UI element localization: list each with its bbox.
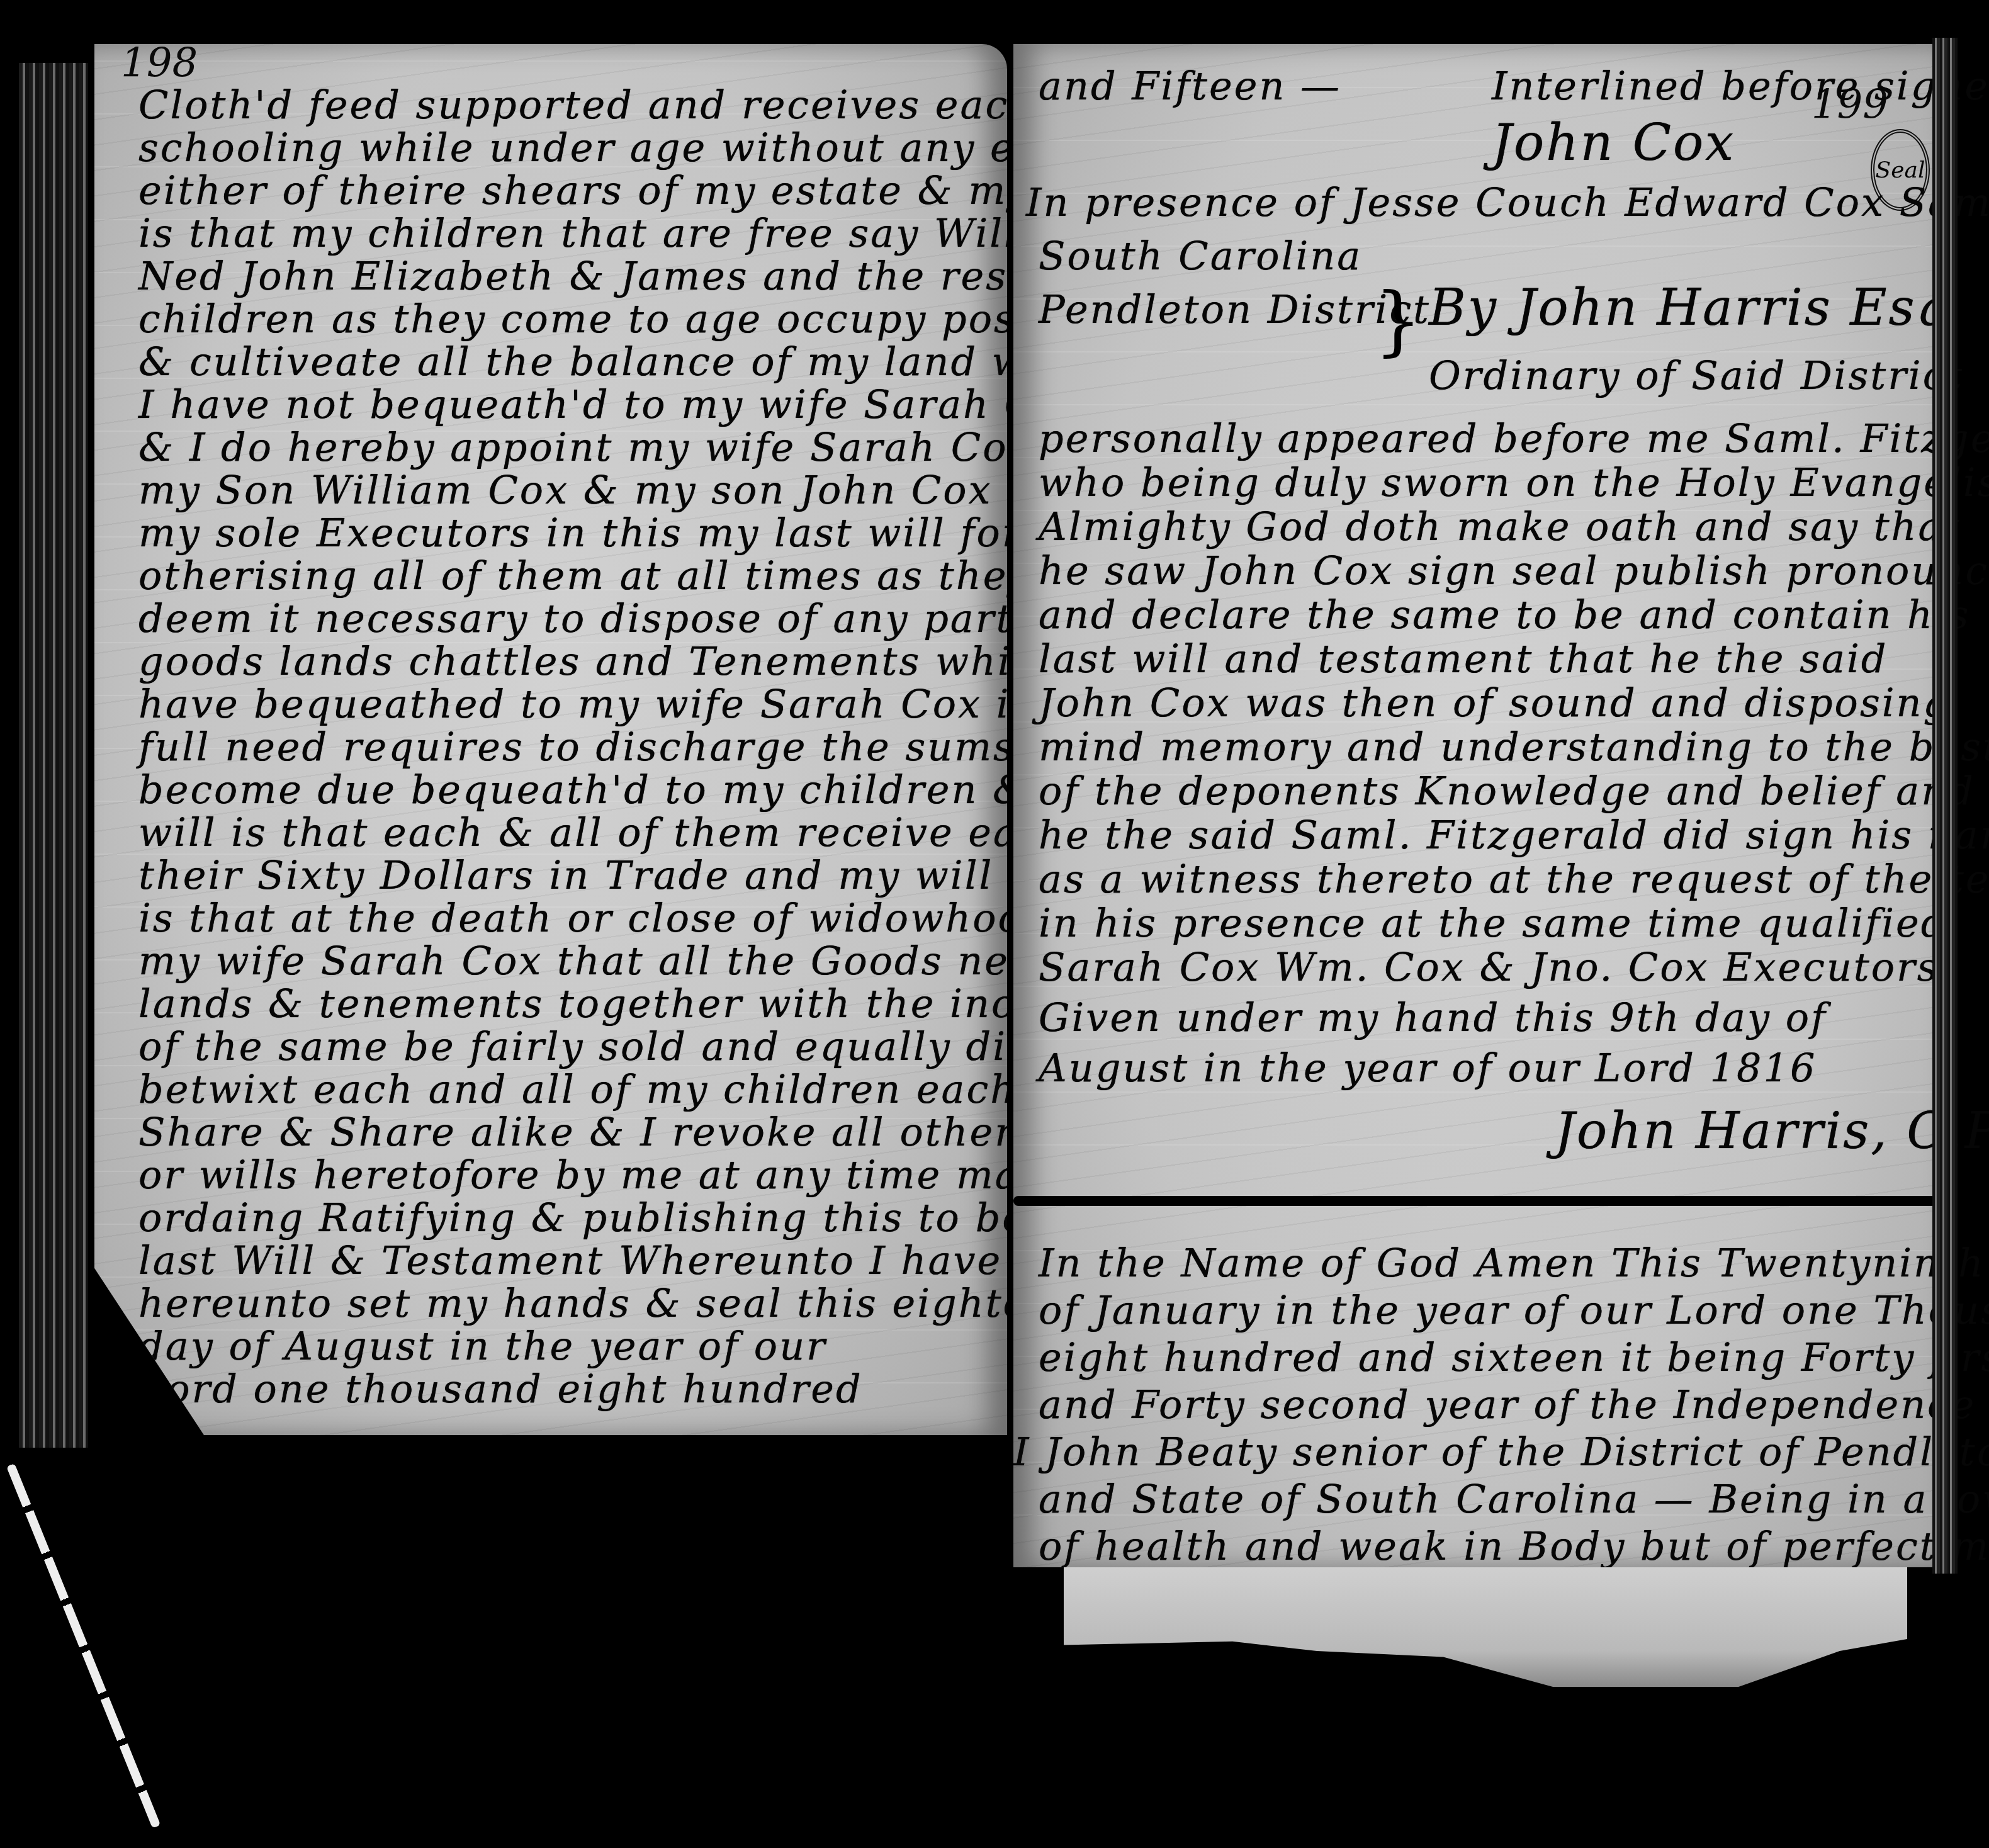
probate-title: Ordinary of Said District [1429,352,1964,398]
text-line: ordaing Ratifying & publishing this to b… [138,1195,1105,1241]
right-page: 199 and Fifteen — Interlined before sign… [1013,44,1932,1567]
text-line: lands & tenements together with the incr… [138,981,1132,1027]
text-line: and State of South Carolina — Being in a… [1039,1476,1989,1522]
brace-icon: } [1374,283,1422,359]
section-divider [1013,1196,1939,1206]
text-line: August in the year of our Lord 1816 [1039,1045,1817,1091]
text-line: mind memory and understanding to the bes… [1039,724,1989,770]
probate-district: Pendleton District [1039,286,1431,332]
text-line: who being duly sworn on the Holy Evangel… [1039,459,1989,505]
text-line: my wife Sarah Cox that all the Goods neg… [138,938,1129,984]
text-line: goods lands chattles and Tenements which… [138,638,1095,684]
text-line: I have not bequeath'd to my wife Sarah C… [138,381,1100,427]
probate-state: South Carolina [1039,233,1362,279]
text-line: is that my children that are free say Wi… [138,210,1097,256]
text-line: or wills heretofore by me at any time ma… [138,1152,1061,1198]
text-line: of January in the year of our Lord one T… [1039,1287,1989,1333]
text-line: of health and weak in Body but of perfec… [1039,1523,1989,1569]
text-line: & I do hereby appoint my wife Sarah Cox … [138,424,1083,470]
text-line: deem it necessary to dispose of any part… [138,595,1154,641]
text-line: their Sixty Dollars in Trade and my will [138,852,993,898]
text-line: of the deponents Knowledge and belief an… [1039,768,1989,814]
text-line: have bequeathed to my wife Sarah Cox if … [138,681,1116,727]
text-line: John Cox was then of sound and disposing [1039,680,1950,726]
text-line: Sarah Cox Wm. Cox & Jno. Cox Executors. [1039,944,1953,990]
text-line: I John Beaty senior of the District of P… [1013,1429,1989,1475]
text-line: day of August in the year of our [138,1323,827,1369]
text-line: & cultiveate all the balance of my land … [138,339,1119,385]
page-stack-edge-right [1932,38,1958,1574]
text-line: my Son William Cox & my son John Cox [138,467,993,513]
text-line: as a witness thereto at the request of t… [1039,856,1989,902]
text-line: Ned John Elizabeth & James and the rest … [138,253,1158,299]
left-page: 198 Cloth'd feed supported and receives … [94,44,1007,1435]
text-line: and Forty second year of the Independenc… [1039,1382,1989,1428]
text-line: betwixt each and all of my children each [138,1066,1017,1112]
text-line: my sole Executors in this my last will f… [138,510,1101,556]
text-line: last will and testament that he the said [1039,636,1888,682]
text-line: is that at the death or close of widowho… [138,895,1107,941]
text-line: personally appeared before me Saml. Fitz… [1039,415,1989,461]
text-line: of the same be fairly sold and equally d… [138,1023,1124,1069]
text-line: he saw John Cox sign seal publish pronou… [1039,548,1989,594]
text-line: Given under my hand this 9th day of [1039,994,1827,1040]
text-line: in his presence at the same time qualifi… [1039,900,1947,946]
text-line: become due bequeath'd to my children & m… [138,767,1107,813]
text-line: In the Name of God Amen This Twentyninth [1039,1240,1985,1286]
text-line: otherising all of them at all times as t… [138,553,1134,599]
paper-tab-strip [1064,1567,1907,1687]
testator-signature: John Cox [1492,113,1735,172]
text-line: children as they come to age occupy poss… [138,296,1085,342]
page-stack-edge-left [19,63,88,1448]
book-spread: 198 Cloth'd feed supported and receives … [0,0,1989,1848]
text-line: last Will & Testament Whereunto I have [138,1237,1002,1283]
text-line: Lord one thousand eight hundred [138,1366,863,1412]
text-line: eight hundred and sixteen it being Forty… [1039,1334,1989,1380]
text-line: and declare the same to be and contain h… [1039,592,1971,638]
probate-by-line: By John Harris Esq [1429,278,1951,337]
text-line: hereunto set my hands & seal this eighte… [138,1280,1125,1326]
text-line: Share & Share alike & I revoke all other… [138,1109,1108,1155]
witnesses-line: In presence of Jesse Couch Edward Cox Sa… [1026,179,1989,225]
ordinary-signature: John Harris, O.P.D. [1555,1101,1989,1160]
text-line: either of theire shears of my estate & m… [138,167,1124,213]
page-number-left: 198 [121,40,198,87]
interlined-note: Interlined before signed [1492,63,1989,109]
will-close-line: and Fifteen — [1039,63,1341,109]
bookmark-ribbon [6,1463,161,1828]
text-line: he the said Saml. Fitzgerald did sign hi… [1039,812,1989,858]
text-line: Almighty God doth make oath and say that [1039,504,1961,549]
text-line: will is that each & all of them receive … [138,809,1069,855]
